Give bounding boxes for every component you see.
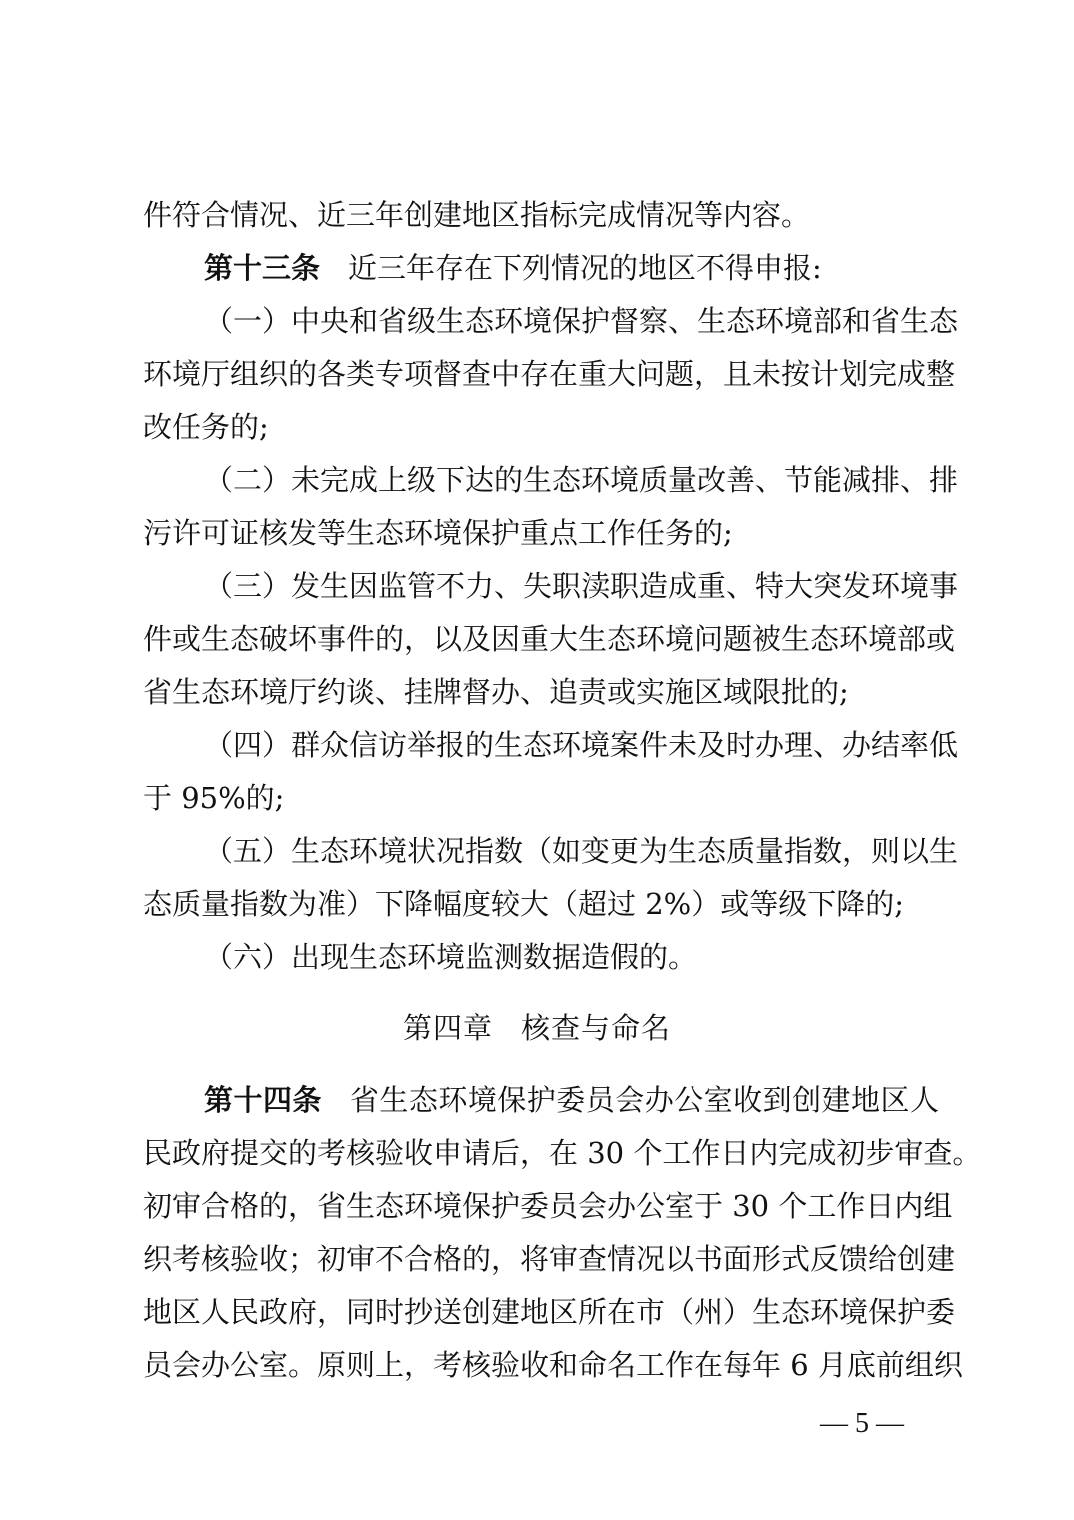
article-14-heading: 第十四条 — [204, 1083, 322, 1117]
page-number: — 5 — — [820, 1408, 904, 1440]
chapter-heading: 第四章核查与命名 — [0, 1010, 1074, 1046]
article-13-text: 近三年存在下列情况的地区不得申报: — [348, 251, 822, 285]
paragraph-line: 件符合情况、近三年创建地区指标完成情况等内容。 — [143, 198, 939, 232]
article-14-line: 初审合格的，省生态环境保护委员会办公室于 30 个工作日内组 — [143, 1189, 939, 1223]
chapter-number: 第四章 — [403, 1010, 493, 1046]
item-5-line: （五）生态环境状况指数（如变更为生态质量指数，则以生 — [204, 834, 939, 868]
item-5-line: 态质量指数为准）下降幅度较大（超过 2%）或等级下降的; — [143, 887, 939, 921]
item-4-line: （四）群众信访举报的生态环境案件未及时办理、办结率低 — [204, 728, 939, 762]
item-3-line: 件或生态破坏事件的，以及因重大生态环境问题被生态环境部或 — [143, 622, 939, 656]
item-3-line: （三）发生因监管不力、失职渎职造成重、特大突发环境事 — [204, 569, 939, 603]
item-3-line: 省生态环境厅约谈、挂牌督办、追责或实施区域限批的; — [143, 675, 939, 709]
item-4-line: 于 95%的; — [143, 781, 939, 815]
article-14-line: 民政府提交的考核验收申请后，在 30 个工作日内完成初步审查。 — [143, 1136, 939, 1170]
item-6-line: （六）出现生态环境监测数据造假的。 — [204, 940, 939, 974]
article-13-paragraph: 第十三条近三年存在下列情况的地区不得申报: — [204, 251, 939, 285]
article-14-line: 地区人民政府，同时抄送创建地区所在市（州）生态环境保护委 — [143, 1295, 939, 1329]
item-1-line: 环境厅组织的各类专项督查中存在重大问题，且未按计划完成整 — [143, 357, 939, 391]
article-14-line: 织考核验收；初审不合格的，将审查情况以书面形式反馈给创建 — [143, 1242, 939, 1276]
item-1-line: （一）中央和省级生态环境保护督察、生态环境部和省生态 — [204, 304, 939, 338]
item-2-line: （二）未完成上级下达的生态环境质量改善、节能减排、排 — [204, 463, 939, 497]
article-14-paragraph: 第十四条省生态环境保护委员会办公室收到创建地区人 — [204, 1083, 939, 1117]
article-14-line: 员会办公室。原则上，考核验收和命名工作在每年 6 月底前组织 — [143, 1348, 939, 1382]
article-14-text: 省生态环境保护委员会办公室收到创建地区人 — [350, 1083, 939, 1117]
document-page: 件符合情况、近三年创建地区指标完成情况等内容。 第十三条近三年存在下列情况的地区… — [0, 0, 1074, 1520]
item-2-line: 污许可证核发等生态环境保护重点工作任务的; — [143, 516, 939, 550]
chapter-title: 核查与命名 — [521, 1010, 671, 1046]
article-13-heading: 第十三条 — [204, 251, 320, 285]
item-1-line: 改任务的; — [143, 410, 939, 444]
